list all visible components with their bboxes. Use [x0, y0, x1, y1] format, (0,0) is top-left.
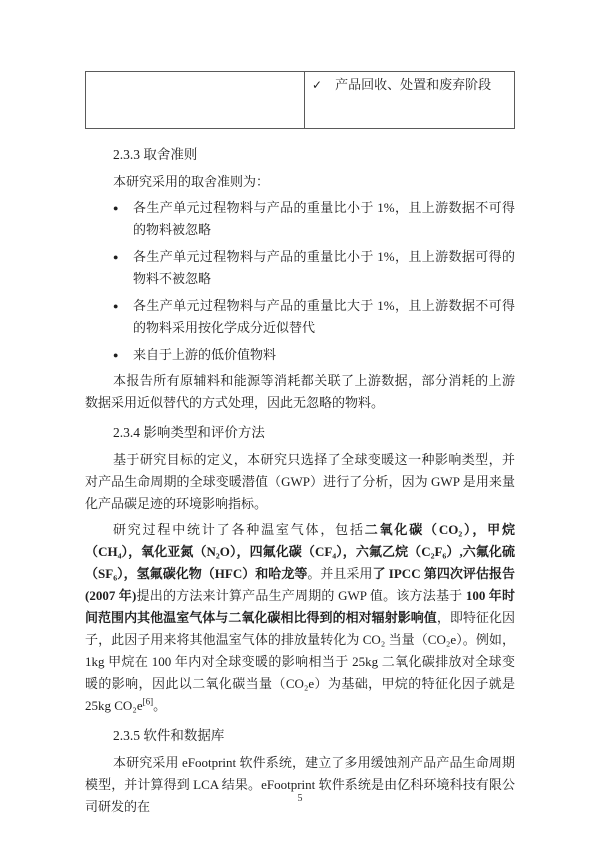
- criteria-intro: 本研究采用的取舍准则为：: [85, 171, 515, 193]
- ghg-method-paragraph: 研究过程中统计了各种温室气体，包括二氧化碳（CO₂），甲烷（CH₄），氧化亚氮（…: [85, 519, 515, 717]
- text-segment: 研究过程中统计了各种温室气体，包括: [113, 522, 365, 537]
- list-item: ●各生产单元过程物料与产品的重量比小于 1%，且上游数据可得的物料不被忽略: [133, 246, 515, 290]
- document-page: ✓产品回收、处置和废弃阶段 2.3.3 取舍准则 本研究采用的取舍准则为： ●各…: [0, 0, 600, 848]
- stage-label: 产品回收、处置和废弃阶段: [335, 77, 491, 92]
- bullet-icon: ●: [113, 344, 118, 366]
- bullet-icon: ●: [113, 246, 118, 268]
- criteria-text: 来自于上游的低价值物料: [133, 347, 276, 362]
- list-item: ●各生产单元过程物料与产品的重量比大于 1%，且上游数据不可得的物料采用按化学成…: [133, 295, 515, 339]
- lifecycle-stage-table: ✓产品回收、处置和废弃阶段: [85, 71, 515, 129]
- page-content: ✓产品回收、处置和废弃阶段 2.3.3 取舍准则 本研究采用的取舍准则为： ●各…: [85, 71, 515, 822]
- list-item: ●各生产单元过程物料与产品的重量比小于 1%，且上游数据不可得的物料被忽略: [133, 197, 515, 241]
- gwp-intro-paragraph: 基于研究目标的定义，本研究只选择了全球变暖这一种影响类型，并对产品生命周期的全球…: [85, 449, 515, 515]
- bullet-icon: ●: [113, 295, 118, 317]
- page-number: 5: [0, 793, 600, 804]
- table-cell-empty: [86, 72, 305, 129]
- citation-reference: [6]: [143, 697, 154, 707]
- section-heading-235: 2.3.5 软件和数据库: [85, 725, 515, 747]
- checkmark-icon: ✓: [312, 75, 322, 95]
- section-heading-234: 2.3.4 影响类型和评价方法: [85, 422, 515, 444]
- table-row: ✓产品回收、处置和废弃阶段: [86, 72, 515, 129]
- text-segment: 提出的方法来计算产品生产周期的 GWP 值。该方法基于: [136, 588, 466, 603]
- bullet-icon: ●: [113, 197, 118, 219]
- table-cell-stage: ✓产品回收、处置和废弃阶段: [305, 72, 515, 129]
- criteria-text: 各生产单元过程物料与产品的重量比小于 1%，且上游数据不可得的物料被忽略: [133, 200, 515, 237]
- section-heading-233: 2.3.3 取舍准则: [85, 144, 515, 166]
- criteria-summary-paragraph: 本报告所有原辅料和能源等消耗都关联了上游数据，部分消耗的上游数据采用近似替代的方…: [85, 370, 515, 414]
- software-paragraph: 本研究采用 eFootprint 软件系统，建立了多用缓蚀剂产品产品生命周期模型…: [85, 752, 515, 818]
- criteria-text: 各生产单元过程物料与产品的重量比小于 1%，且上游数据可得的物料不被忽略: [133, 249, 515, 286]
- text-segment: 。并且采用: [307, 566, 372, 581]
- text-segment: 。: [153, 698, 166, 713]
- criteria-list: ●各生产单元过程物料与产品的重量比小于 1%，且上游数据不可得的物料被忽略 ●各…: [85, 197, 515, 366]
- criteria-text: 各生产单元过程物料与产品的重量比大于 1%，且上游数据不可得的物料采用按化学成分…: [133, 298, 515, 335]
- list-item: ●来自于上游的低价值物料: [133, 344, 515, 366]
